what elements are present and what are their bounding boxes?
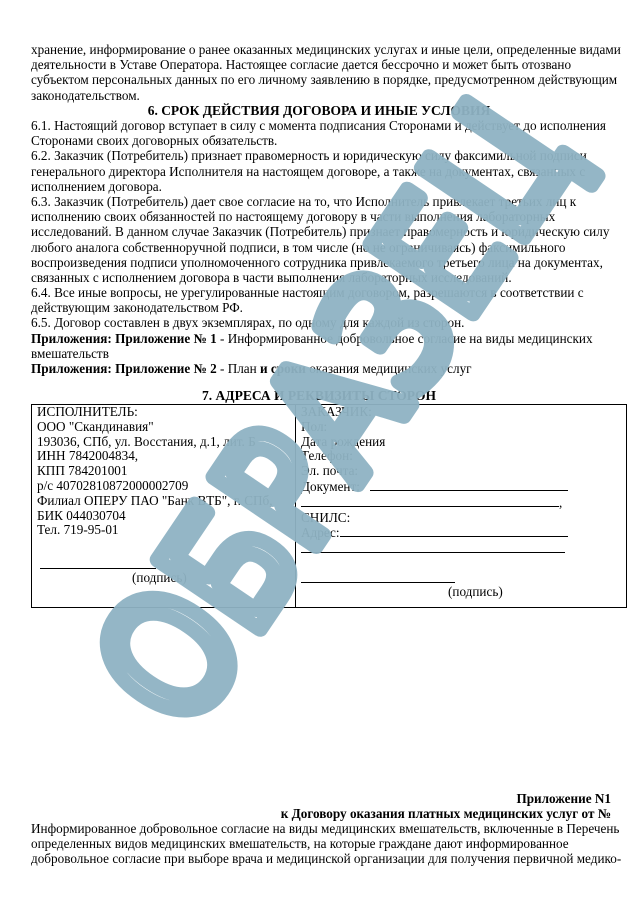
text-line: 6.4. Все иные вопросы, не урегулированны… [31, 285, 611, 300]
appendix-1-label: Приложения: Приложение № 1 [31, 331, 217, 346]
executor-line: Филиал ОПЕРУ ПАО "Банк ВТБ", г. СПб, [37, 494, 295, 509]
appendix-subtitle: к Договору оказания платных медицинских … [281, 806, 611, 822]
text-line: 6.5. Договор составлен в двух экземпляра… [31, 315, 611, 330]
text-line: исследований. В данном случае Заказчик (… [31, 224, 611, 239]
customer-email-label: Эл. почта: [301, 464, 626, 479]
appendix-2-text: - План [217, 361, 260, 376]
customer-address-row-2 [301, 541, 626, 557]
document-page: хранение, информирование о ранее оказанн… [0, 0, 638, 904]
executor-line: 193036, СПб, ул. Восстания, д.1, лит. Б [37, 435, 295, 450]
executor-line: Тел. 719-95-01 [37, 523, 295, 538]
text-line: генерального директора Исполнителя на на… [31, 164, 611, 179]
appendix-2-text-tail: оказания медицинских услуг [306, 361, 472, 376]
executor-line: ИНН 7842004834, [37, 449, 295, 464]
text-line: вмешательств [31, 346, 611, 361]
appendix-2-line: Приложения: Приложение № 2 - План и срок… [31, 361, 611, 376]
text-line: 6.2. Заказчик (Потребитель) признает пра… [31, 148, 611, 163]
consent-paragraph-tail: хранение, информирование о ранее оказанн… [31, 42, 611, 103]
customer-phone-label: Телефон: [301, 449, 626, 464]
text-line: деятельности в Уставе Оператора. Настоящ… [31, 57, 611, 72]
executor-line: БИК 044030704 [37, 509, 295, 524]
text-line: воспроизведения подписи уполномоченного … [31, 255, 611, 270]
requisites-table: ИСПОЛНИТЕЛЬ: ООО "Скандинавия" 193036, С… [31, 404, 627, 608]
document-field[interactable] [370, 479, 568, 491]
document-field-continued[interactable] [301, 495, 559, 507]
section-6-body: 6.1. Настоящий договор вступает в силу с… [31, 118, 611, 376]
text-line: 6.1. Настоящий договор вступает в силу с… [31, 118, 611, 133]
text-line: связанных с исполнением договора в части… [31, 270, 611, 285]
customer-title: ЗАКАЗЧИК: [301, 405, 626, 420]
address-field[interactable] [340, 525, 568, 537]
executor-line: ИСПОЛНИТЕЛЬ: [37, 405, 295, 420]
executor-cell: ИСПОЛНИТЕЛЬ: ООО "Скандинавия" 193036, С… [32, 405, 296, 608]
appendix-1-line: Приложения: Приложение № 1 - Информирова… [31, 331, 611, 346]
text-line: законодательством. [31, 88, 611, 103]
appendix-2-bold: и сроки [260, 361, 306, 376]
address-field-continued[interactable] [301, 541, 565, 553]
appendix-title: Приложение N1 [516, 791, 611, 807]
text-line: добровольное согласие при выборе врача и… [31, 851, 611, 866]
executor-signature-label: (подпись) [132, 571, 187, 586]
customer-document-label: Документ: [301, 479, 360, 494]
text-line: хранение, информирование о ранее оказанн… [31, 42, 611, 57]
customer-cell: ЗАКАЗЧИК: Пол: Дата рождения Телефон: Эл… [296, 405, 627, 608]
customer-snils-label: СНИЛС: [301, 511, 626, 526]
customer-birth-date-label: Дата рождения [301, 435, 626, 450]
text-line: определенных видов медицинских вмешатель… [31, 836, 611, 851]
text-line: Сторонами своих договорных обязательств. [31, 133, 611, 148]
section-7-heading: 7. АДРЕСА И РЕКВИЗИТЫ СТОРОН [0, 388, 638, 404]
executor-line: ООО "Скандинавия" [37, 420, 295, 435]
customer-document-row-2: , [301, 495, 626, 511]
text-line: любого аналога собственноручной подписи,… [31, 240, 611, 255]
executor-line: р/с 40702810872000002709 [37, 479, 295, 494]
customer-document-row: Документ: [301, 479, 626, 495]
customer-address-row: Адрес: [301, 525, 626, 541]
text-line: субъектом персональных данных по его лич… [31, 72, 611, 87]
customer-address-label: Адрес: [301, 525, 340, 540]
text-line: 6.3. Заказчик (Потребитель) дает свое со… [31, 194, 611, 209]
comma: , [559, 495, 562, 510]
appendix-body: Информированное добровольное согласие на… [31, 821, 611, 867]
text-line: исполнением договора. [31, 179, 611, 194]
section-6-heading: 6. СРОК ДЕЙСТВИЯ ДОГОВОРА И ИНЫЕ УСЛОВИЯ [0, 103, 638, 119]
text-line: действующим законодательством РФ. [31, 300, 611, 315]
appendix-1-text: - Информированное добровольное согласие … [217, 331, 593, 346]
appendix-2-label: Приложения: Приложение № 2 [31, 361, 217, 376]
executor-line: КПП 784201001 [37, 464, 295, 479]
customer-signature-line[interactable] [301, 582, 455, 583]
text-line: исполнению своих обязанностей по настоящ… [31, 209, 611, 224]
text-line: Информированное добровольное согласие на… [31, 821, 611, 836]
executor-signature-line[interactable] [40, 568, 156, 569]
customer-signature-label: (подпись) [448, 585, 503, 600]
customer-gender-label: Пол: [301, 420, 626, 435]
